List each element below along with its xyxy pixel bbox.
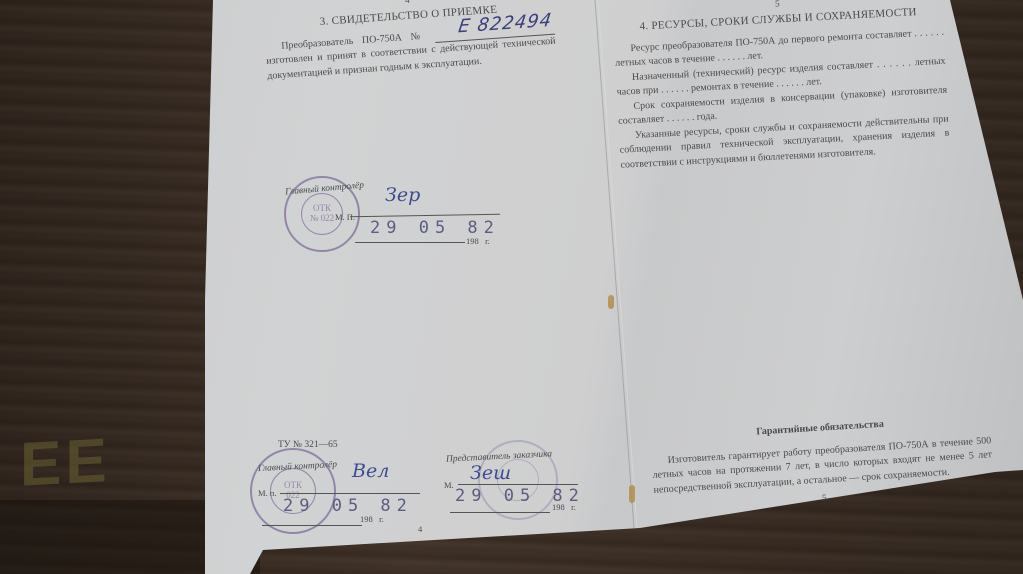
mp-label: М. п. [258,488,276,498]
date-line [262,525,362,526]
year-suffix: 198 г. [466,236,490,246]
table-printed-letters: EE [20,420,200,509]
rust-stain [629,485,635,503]
year-suffix: 198 г. [552,502,576,512]
date-line [355,242,465,243]
page-number: 4 [418,524,422,534]
date-stamp: 29 05 82 [283,496,413,516]
date-stamp: 29 05 82 [370,218,500,238]
rust-stain [608,295,614,309]
signature: Зер [385,184,420,206]
date-line [450,512,550,513]
signature: Зеш [470,462,511,484]
mp-label: М. [444,480,454,490]
signature: Вел [352,460,389,482]
right-page: 5 4. Ресурсы, сроки службы и сохраняемос… [612,0,951,173]
signature-line [280,493,420,494]
signature-line [458,484,578,485]
year-suffix: 198 г. [360,514,384,524]
stamp-number: № 022 [310,214,334,224]
